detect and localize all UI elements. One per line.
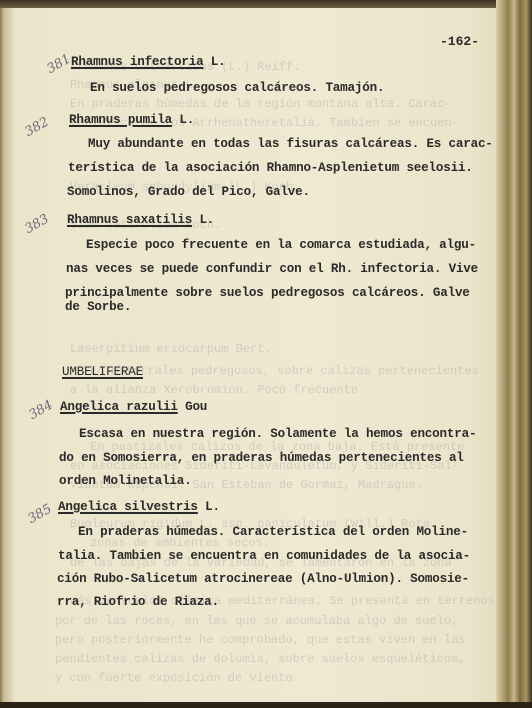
species-heading: Rhamnus pumila L. [69, 113, 194, 127]
section-heading: UMBELIFERAE [62, 365, 143, 379]
species-heading: Angelica razulii Gou [60, 400, 207, 414]
species-description: Especie poco frecuente en la comarca est… [86, 238, 476, 252]
species-heading: Rhamnus infectoria L. [71, 55, 226, 69]
species-name: Rhamnus infectoria [71, 55, 203, 69]
species-heading: Rhamnus saxatilis L. [67, 213, 214, 227]
page-top-edge [0, 0, 532, 8]
species-description: En suelos pedregosos calcáreos. Tamajón. [90, 81, 384, 95]
species-author: Gou [185, 400, 207, 414]
page-bottom-edge [0, 702, 532, 708]
species-description: do en Somosierra, en praderas húmedas pe… [59, 451, 464, 465]
species-name: Rhamnus saxatilis [67, 213, 192, 227]
species-description: Muy abundante en todas las fisuras calcá… [88, 137, 493, 151]
species-name: Angelica razulii [60, 400, 178, 414]
species-description: talia. Tambien se encuentra en comunidad… [58, 549, 470, 563]
species-description: orden Molinetalia. [59, 474, 191, 488]
species-description: Somolinos, Grado del Pico, Galve. [67, 185, 310, 199]
species-author: L. [199, 213, 214, 227]
species-author: L. [205, 500, 220, 514]
species-description: En praderas húmedas. Característica del … [78, 525, 468, 539]
species-description: terística de la asociación Rhamno-Asplen… [68, 161, 473, 175]
species-description: de Sorbe. [65, 300, 131, 314]
species-description: Escasa en nuestra región. Solamente la h… [79, 427, 476, 441]
species-description: rra, Riofrio de Riaza. [57, 595, 219, 609]
species-description: principalmente sobre suelos pedregosos c… [65, 286, 470, 300]
species-author: L. [211, 55, 226, 69]
species-heading: Angelica silvestris L. [58, 500, 220, 514]
species-description: nas veces se puede confundir con el Rh. … [66, 262, 478, 276]
book-spine [496, 0, 532, 708]
species-description: ción Rubo-Salicetum atrocinereae (Alno-U… [57, 572, 469, 586]
page-number: -162- [440, 34, 479, 49]
species-name: Angelica silvestris [58, 500, 198, 514]
species-author: L. [179, 113, 194, 127]
species-name: Rhamnus pumila [69, 113, 172, 127]
